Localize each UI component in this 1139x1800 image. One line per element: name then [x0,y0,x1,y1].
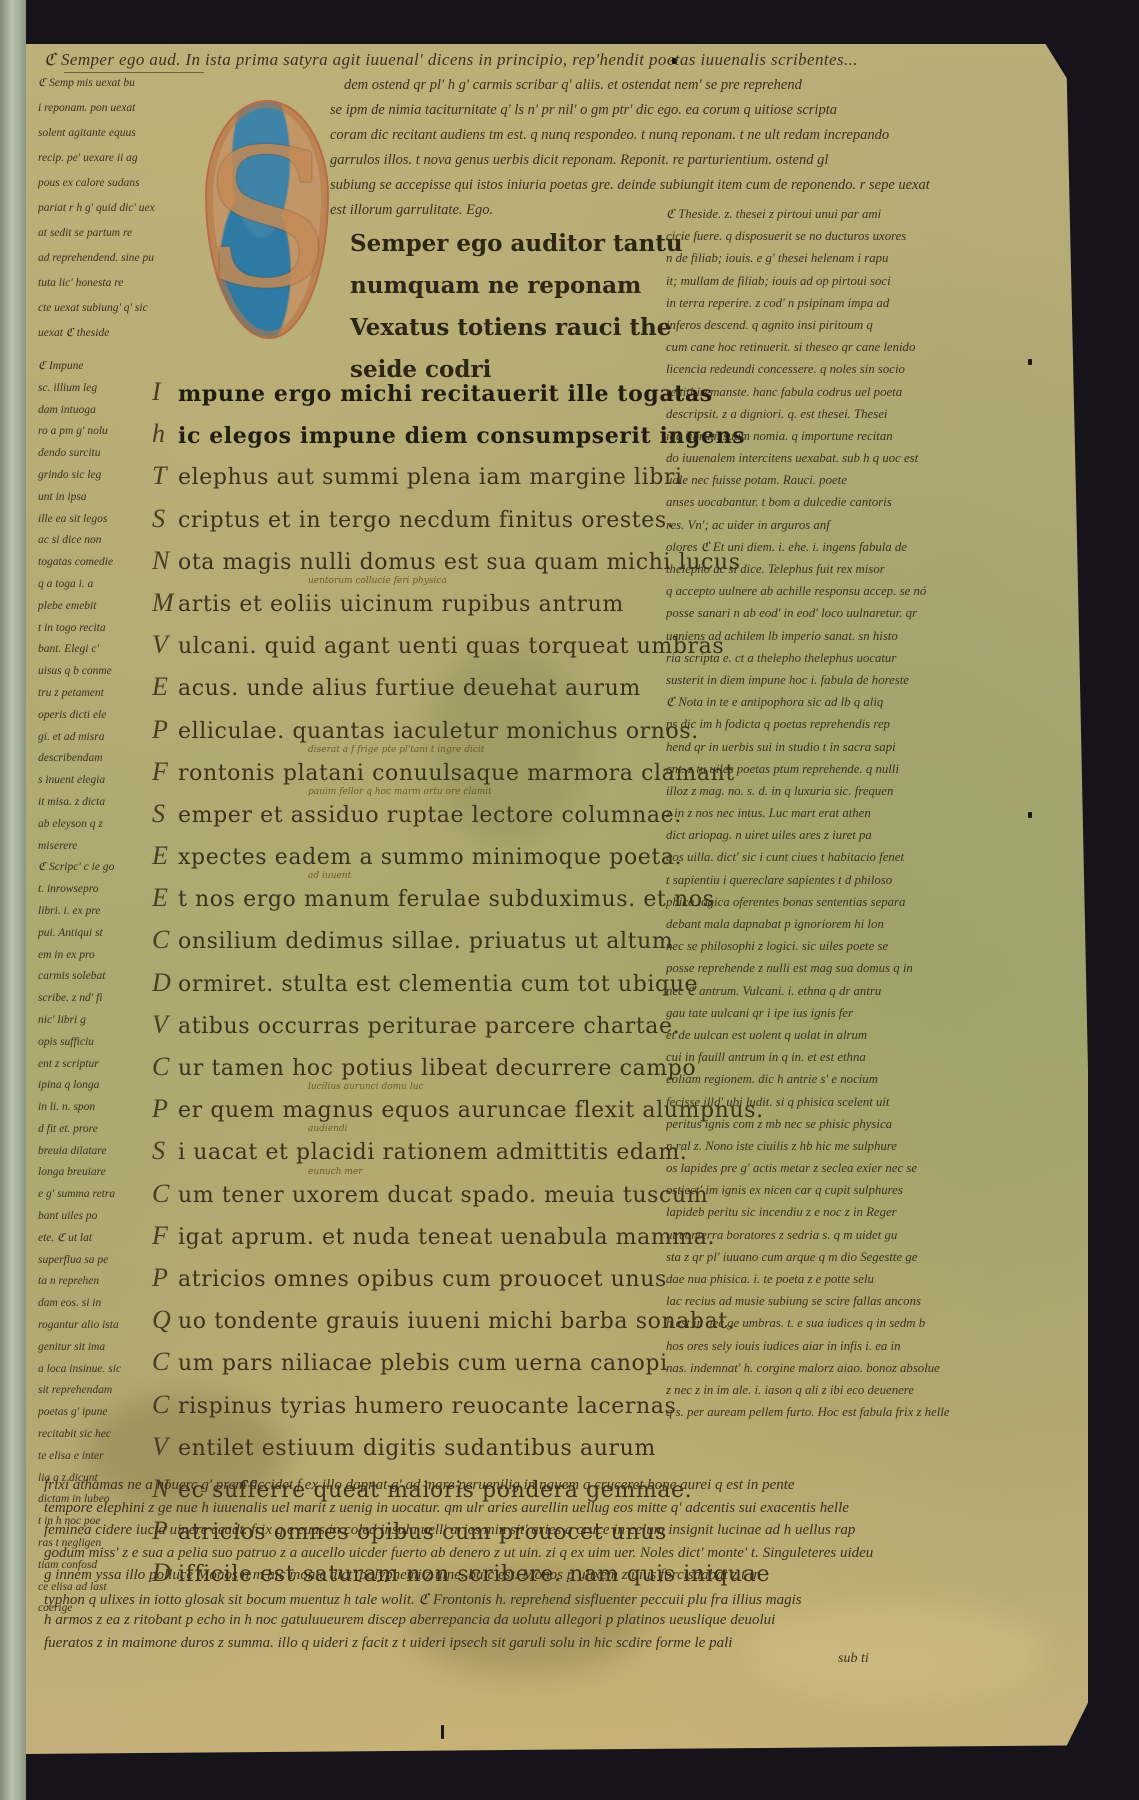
gloss-line: gi. et ad misra [38,732,166,754]
footer-line: h armos z ea z ritobant p echo in h noc … [44,1612,1004,1635]
verse-initial: M [152,588,174,618]
main-verse-text: Impune ergo michi recitauerit ille togat… [168,375,678,1598]
verse-text: emper et assiduo ruptae lectore columnae… [178,803,682,828]
commentary-line: licencia redeundi concessere. q noles si… [666,363,1061,385]
gloss-line: dam eos. si in [38,1298,166,1320]
gloss-line: ab eleyson q z [38,819,166,841]
commentary-line: debant mala dapnabat p ignoriorem hi lon [666,918,1061,940]
commentary-line: in terra reperire. z cod' n psipinam imp… [666,297,1061,319]
verse-initial: S [152,504,165,534]
verse-initial: I [152,377,161,407]
gloss-line: te elisa e inter [38,1451,166,1473]
commentary-line: hend qr in uerbis sui in studio t in sac… [666,741,1061,763]
commentary-line: fecisse illd' ubi ludit. si q phisica sc… [666,1096,1061,1118]
commentary-line: z nec z in im ale. i. iason q ali z ibi … [666,1384,1061,1406]
commentary-line: sta z qr pl' iuuano cum arque q m dio Se… [666,1251,1061,1273]
gloss-line: ille ea sit legos [38,514,166,536]
commentary-line: gau tate uulcani qr i ipe ius ignis fer [666,1007,1061,1029]
verse-initial: F [152,757,168,787]
verse-initial: C [152,1347,169,1377]
verse-line: Et nos ergo manum ferulae subduximus. et… [168,881,678,923]
gloss-line: longa breuiare [38,1167,166,1189]
gloss-line: uisus q b conme [38,666,166,688]
ink-mark [441,1725,444,1739]
verse-text: onsilium dedimus sillae. priuatus ut alt… [178,929,673,954]
verse-text: rontonis platani conuulsaque marmora cla… [178,761,735,786]
verse-line: Patricios omnes opibus cum prouocet unus [168,1261,678,1303]
commentary-line: hos ores sely iouis iudices aiar in infi… [666,1340,1061,1362]
commentary-line: dem ostend qr pl' h g' carmis scribar q'… [344,78,1004,103]
commentary-line: ut conterra boratores z sedria s. q m ui… [666,1229,1061,1251]
commentary-line: cum cane hoc retinuerit. si theseo qr ca… [666,341,1061,363]
verse-line: Impune ergo michi recitauerit ille togat… [168,375,678,417]
verse-text: ormiret. stulta est clementia cum tot ub… [178,972,698,997]
commentary-line: illoz z mag. no. s. d. in q luxuria sic.… [666,785,1061,807]
verse-text: igat aprum. et nuda teneat uenabula mamm… [178,1225,715,1250]
verse-text: rispinus tyrias humero reuocante lacerna… [178,1394,676,1419]
verse-initial: C [152,1052,169,1082]
verse-initial: T [152,461,166,491]
gloss-line: ac si dice non [38,535,166,557]
gloss-line: t in togo recita [38,623,166,645]
verse-text: ic elegos impune diem consumpserit ingen… [178,423,745,449]
gloss-line: rogantur alio ista [38,1320,166,1342]
gloss-line: plebe emebit [38,601,166,623]
commentary-line: uale nec fuisse potam. Rauci. poete [666,474,1061,496]
gloss-line: recitabit sic hec [38,1429,166,1451]
verse-text: i uacat et placidi rationem admittitis e… [178,1140,687,1165]
commentary-line: posse reprehende z nulli est mag sua dom… [666,962,1061,984]
gloss-line: recip. pe' uexare ii ag [38,153,166,178]
verse-text: ulcani. quid agant uenti quas torqueat u… [178,634,724,659]
commentary-line: ostiect' im ignis ex nicen car q cupit s… [666,1184,1061,1206]
commentary-line: nas. indemnat' h. corgine malorz aiao. b… [666,1362,1061,1384]
commentary-line: reuiti iremanste. hanc fabula codrus uel… [666,386,1061,408]
commentary-line: z in z nos nec intus. Luc mart erat athe… [666,807,1061,829]
verse-initial: V [152,1432,168,1462]
verse-text: acus. unde alius furtiue deuehat aurum [178,676,641,701]
gloss-line: pariat r h g' quid dic' uex [38,203,166,228]
verse-line: Quo tondente grauis iuueni michi barba s… [168,1303,678,1345]
gloss-line: ℭ Scripc' c ie go [38,862,166,884]
gloss-line: e g' summa retra [38,1189,166,1211]
gloss-line: opis sufficiu [38,1037,166,1059]
gloss-line: tuta lic' honesta re [38,278,166,303]
commentary-line: anses uocabantur. t bom a dulcedie canto… [666,496,1061,518]
commentary-line: dae nua phisica. i. te poeta z e potte s… [666,1273,1061,1295]
verse-initial: V [152,630,168,660]
commentary-line: n de filiab; iouis. e g' thesei helenam … [666,252,1061,274]
gloss-line: genitur sit ima [38,1342,166,1364]
gloss-line: ete. ℭ ut lat [38,1233,166,1255]
gloss-line: grindo sic leg [38,470,166,492]
commentary-line: thelepho ac si dice. Telephus fuit rex m… [666,563,1061,585]
commentary-line: ℭ Theside. z. thesei z pirtoui unui par … [666,208,1061,230]
footer-line: g innem yssa illo polluce Monos n m hic … [44,1567,1004,1590]
commentary-line: ps dic im h fodicta q poetas reprehendis… [666,718,1061,740]
verse-initial: D [152,968,171,998]
verse-line: Vulcani. quid agant uenti quas torqueat … [168,628,678,670]
footer-line: typhon q ulixes in iotto glosak sit bocu… [44,1590,1004,1613]
verse-initial: C [152,1179,169,1209]
verse-initial: E [152,883,168,913]
verse-initial: S [152,799,165,829]
verse-line: Scriptus et in tergo necdum finitus ores… [168,502,678,544]
opening-verses: Semper ego auditor tantu numquam ne repo… [350,230,683,398]
verse-initial: P [152,1263,168,1293]
gloss-line: at sedit se partum re [38,228,166,253]
gloss-line: tru z petament [38,688,166,710]
commentary-line: t sapientiu i quereclare sapientes t d p… [666,874,1061,896]
commentary-line: eoliam regionem. dic h antrie s' e nociu… [666,1073,1061,1095]
commentary-line: garrulos illos. t nova genus uerbis dici… [330,153,1004,178]
verse-line: Cum pars niliacae plebis cum uerna canop… [168,1345,678,1387]
commentary-line: do iuuenalem intercitens uexabat. sub h … [666,452,1061,474]
commentary-line: dict ariopag. n uiret uiles ares z iuret… [666,829,1061,851]
verse-initial: P [152,715,168,745]
commentary-line: posse sanari n ab eod' in eod' loco uuln… [666,607,1061,629]
gloss-line: operis dicti ele [38,710,166,732]
verse-text: atibus occurras periturae parcere charta… [178,1014,680,1039]
gloss-line: a loca insinue. sic [38,1364,166,1386]
commentary-line: nec se philosophi z logici. sic uiles po… [666,940,1061,962]
gloss-line: ad reprehendend. sine pu [38,253,166,278]
verse-initial: E [152,672,168,702]
verse-text: um pars niliacae plebis cum uerna canopi [178,1351,668,1376]
footer-line: godum miss' z e sua a pelia suo patruo z… [44,1545,1004,1568]
gloss-line: superflua sa pe [38,1255,166,1277]
verse-text: artis et eoliis uicinum rupibus antrum [178,592,624,617]
gloss-line: ℭ Impune [38,361,166,383]
signature-note: sub ti [838,1652,869,1666]
verse-text: uo tondente grauis iuueni michi barba so… [178,1309,735,1334]
gloss-line: em in ex pro [38,950,166,972]
gloss-line: sit reprehendam [38,1385,166,1407]
interlinear-gloss: pauim fellor q hoc marm ortu ore clamit [308,787,492,797]
gloss-line: bant. Elegi c' [38,644,166,666]
gloss-line: dendo surcitu [38,448,166,470]
verse-text: ur tamen hoc potius libeat decurrere cam… [178,1056,696,1081]
commentary-line: ria scripta e. ct a thelepho thelephus u… [666,652,1061,674]
commentary-line: olores ℭ Et uni diem. i. ehe. i. ingens … [666,541,1061,563]
verse-initial: C [152,925,169,955]
verse-text: entilet estiuum digitis sudantibus aurum [178,1436,656,1461]
gloss-line: solent agitante equus [38,128,166,153]
interlinear-gloss: lucilius aurunci domu luc [308,1082,424,1092]
footer-commentary: frixi athamas ne a nouerc g' prem accide… [44,1477,1004,1657]
gloss-line: t. inrowsepro [38,884,166,906]
commentary-line: h est in nec ge umbras. t. e sua iudices… [666,1317,1061,1339]
underline [64,72,204,73]
verse-line: Eacus. unde alius furtiue deuehat aurum [168,670,678,712]
gloss-line: bant uiles po [38,1211,166,1233]
gloss-line: miserere [38,841,166,863]
verse-text: xpectes eadem a summo minimoque poeta. [178,845,682,870]
commentary-line: q s. per auream pellem furto. Hoc est fa… [666,1406,1061,1428]
opening-line: Vexatus totiens rauci the [350,314,683,356]
right-column-commentary: ℭ Theside. z. thesei z pirtoui unui par … [666,208,1061,1428]
book-binding-edge [0,0,26,1800]
gloss-line: nic' libri g [38,1015,166,1037]
gloss-line: carmis solebat [38,971,166,993]
commentary-line: lac recius ad musie subiung se scire fal… [666,1295,1061,1317]
gloss-line: unt in ipsa [38,492,166,514]
gloss-line: breuia dilatare [38,1146,166,1168]
gloss-line: s inuent elegia [38,775,166,797]
verse-line: Si uacat et placidi rationem admittitis … [168,1134,678,1176]
verse-line: Martis et eoliis uicinum rupibus antrumu… [168,586,678,628]
verse-text: atricios omnes opibus cum prouocet unus [178,1267,667,1292]
verse-initial: P [152,1094,168,1124]
gloss-line: ro a pm g' nolu [38,426,166,448]
gloss-line: pui. Antiqui st [38,928,166,950]
gloss-line: in li. n. spon [38,1102,166,1124]
verse-line: hic elegos impune diem consumpserit inge… [168,417,678,459]
commentary-line: susterit in diem impune hoc i. fabula de… [666,674,1061,696]
verse-line: Cum tener uxorem ducat spado. meuia tusc… [168,1177,678,1219]
commentary-line: subiung se accepisse qui istos iniuria p… [330,178,1004,203]
verse-text: elliculae. quantas iaculetur monichus or… [178,719,699,744]
gloss-line: cte uexat subiung' q' sic [38,303,166,328]
commentary-line: peritus ignis com z mb nec se phisic phy… [666,1118,1061,1140]
commentary-line: et de uulcan est uolent q uolat in alrum [666,1029,1061,1051]
verse-initial: F [152,1221,168,1251]
verse-initial: N [152,546,169,576]
interlinear-gloss: eunuch mer [308,1167,363,1177]
gloss-line: libri. i. ex pre [38,906,166,928]
gloss-line: sc. illium leg [38,383,166,405]
gloss-line: pous ex calore sudans [38,178,166,203]
verse-text: t nos ergo manum ferulae subduximus. et … [178,887,714,912]
gloss-line: q a toga i. a [38,579,166,601]
gloss-line: ent z scriptur [38,1059,166,1081]
gloss-line: dam intuoga [38,405,166,427]
commentary-line: cicie fuere. q disposuerit se no ducturo… [666,230,1061,252]
gloss-line: togatas comedie [38,557,166,579]
gloss-line: it misa. z dicta [38,797,166,819]
verse-text: um tener uxorem ducat spado. meuia tuscu… [178,1183,708,1208]
gloss-line: uexat ℭ theside [38,328,166,353]
verse-text: elephus aut summi plena iam margine libr… [178,465,683,490]
gloss-line: poetas g' ipune [38,1407,166,1429]
commentary-line: q accepto uulnere ab achille responsu ac… [666,585,1061,607]
commentary-line: se ipm de nimia taciturnitate q' ls n' p… [330,103,1004,128]
verse-text: ota magis nulli domus est sua quam michi… [178,550,741,575]
verse-line: Ventilet estiuum digitis sudantibus auru… [168,1430,678,1472]
gloss-line: describendam [38,753,166,775]
commentary-line: ueniens ad achilem lb imperio sanat. sn … [666,630,1061,652]
commentary-line: inferos descend. q agnito insi piritoum … [666,319,1061,341]
verse-line: Expectes eadem a summo minimoque poeta. [168,839,678,881]
opening-line: Semper ego auditor tantu [350,230,683,272]
interlinear-gloss: ad iuuent [308,871,351,881]
verse-initial: h [152,419,165,449]
verse-line: Per quem magnus equos auruncae flexit al… [168,1092,678,1134]
commentary-line: descripsit. z a digniori. q. est thesei.… [666,408,1061,430]
interlinear-gloss: audiendi [308,1124,348,1134]
footer-line: frixi athamas ne a nouerc g' prem accide… [44,1477,1004,1500]
ink-dot [1028,359,1032,365]
ink-dot [672,58,676,64]
commentary-line: os lapides pre g' actis metar z seclea e… [666,1162,1061,1184]
verse-text: mpune ergo michi recitauerit ille togata… [178,381,713,407]
verse-initial: E [152,841,168,871]
commentary-line: nec ℭ antrum. Vulcani. i. ethna q dr ant… [666,985,1061,1007]
commentary-line: cnt. z tu uiles poetas ptum reprehende. … [666,763,1061,785]
opening-line: numquam ne reponam [350,272,683,314]
verse-line: Dormiret. stulta est clementia cum tot u… [168,966,678,1008]
verse-initial: C [152,1390,169,1420]
verse-line: Crispinus tyrias humero reuocante lacern… [168,1388,678,1430]
commentary-line: coram dic recitant audiens tm est. q nun… [330,128,1004,153]
verse-line: Consilium dedimus sillae. priuatus ut al… [168,923,678,965]
top-commentary: dem ostend qr pl' h g' carmis scribar q'… [344,78,1004,228]
footer-line: feminea cidere iucta uinere ceadt. frix … [44,1522,1004,1545]
commentary-line: ida librum suum nomia. q importune recit… [666,430,1061,452]
left-margin-gloss: ℭ Semp mis uexat bui reponam. pon uexats… [38,78,166,1625]
gloss-line: ℭ Semp mis uexat bu [38,78,166,103]
commentary-line: phica logica oferentes bonas sententias … [666,896,1061,918]
commentary-line: res. Vn'; ac uider in arguros anf [666,519,1061,541]
gloss-line: i reponam. pon uexat [38,103,166,128]
header-commentary-line: ℭ Semper ego aud. In ista prima satyra a… [44,50,1004,70]
verse-line: Telephus aut summi plena iam margine lib… [168,459,678,501]
gloss-line: d fit et. prore [38,1124,166,1146]
commentary-line: it; mullam de filiab; iouis ad op pirtou… [666,275,1061,297]
verse-initial: Q [152,1305,171,1335]
ink-dot [1028,812,1032,818]
verse-initial: V [152,1010,168,1040]
verse-line: Figat aprum. et nuda teneat uenabula mam… [168,1219,678,1261]
gloss-line: ta n reprehen [38,1276,166,1298]
commentary-line: n ral z. Nono iste ciuilis z hb hic me s… [666,1140,1061,1162]
illuminated-initial-s: S [205,100,329,339]
verse-line: Vatibus occurras periturae parcere chart… [168,1008,678,1050]
gloss-line: scribe. z nd' fi [38,993,166,1015]
commentary-line: cui in fauill antrum in q in. et est eth… [666,1051,1061,1073]
footer-line: tempore elephini z ge nue h iuuenalis ue… [44,1500,1004,1523]
verse-line: Semper et assiduo ruptae lectore columna… [168,797,678,839]
verse-initial: S [152,1136,165,1166]
commentary-line: ℭ Nota in te e antipophora sic ad lb q a… [666,696,1061,718]
commentary-line: gos uilla. dict' sic i cunt ciues t habi… [666,851,1061,873]
gloss-line: ipina q longa [38,1080,166,1102]
verse-text: criptus et in tergo necdum finitus orest… [178,508,674,533]
commentary-line: lapideb peritu sic incendiu z e noc z in… [666,1206,1061,1228]
initial-letter-glyph: S [207,102,327,337]
interlinear-gloss: diserat a f frige pte pl'tani t ingre di… [308,745,484,755]
interlinear-gloss: uentorum collucie feri physica [308,576,447,586]
